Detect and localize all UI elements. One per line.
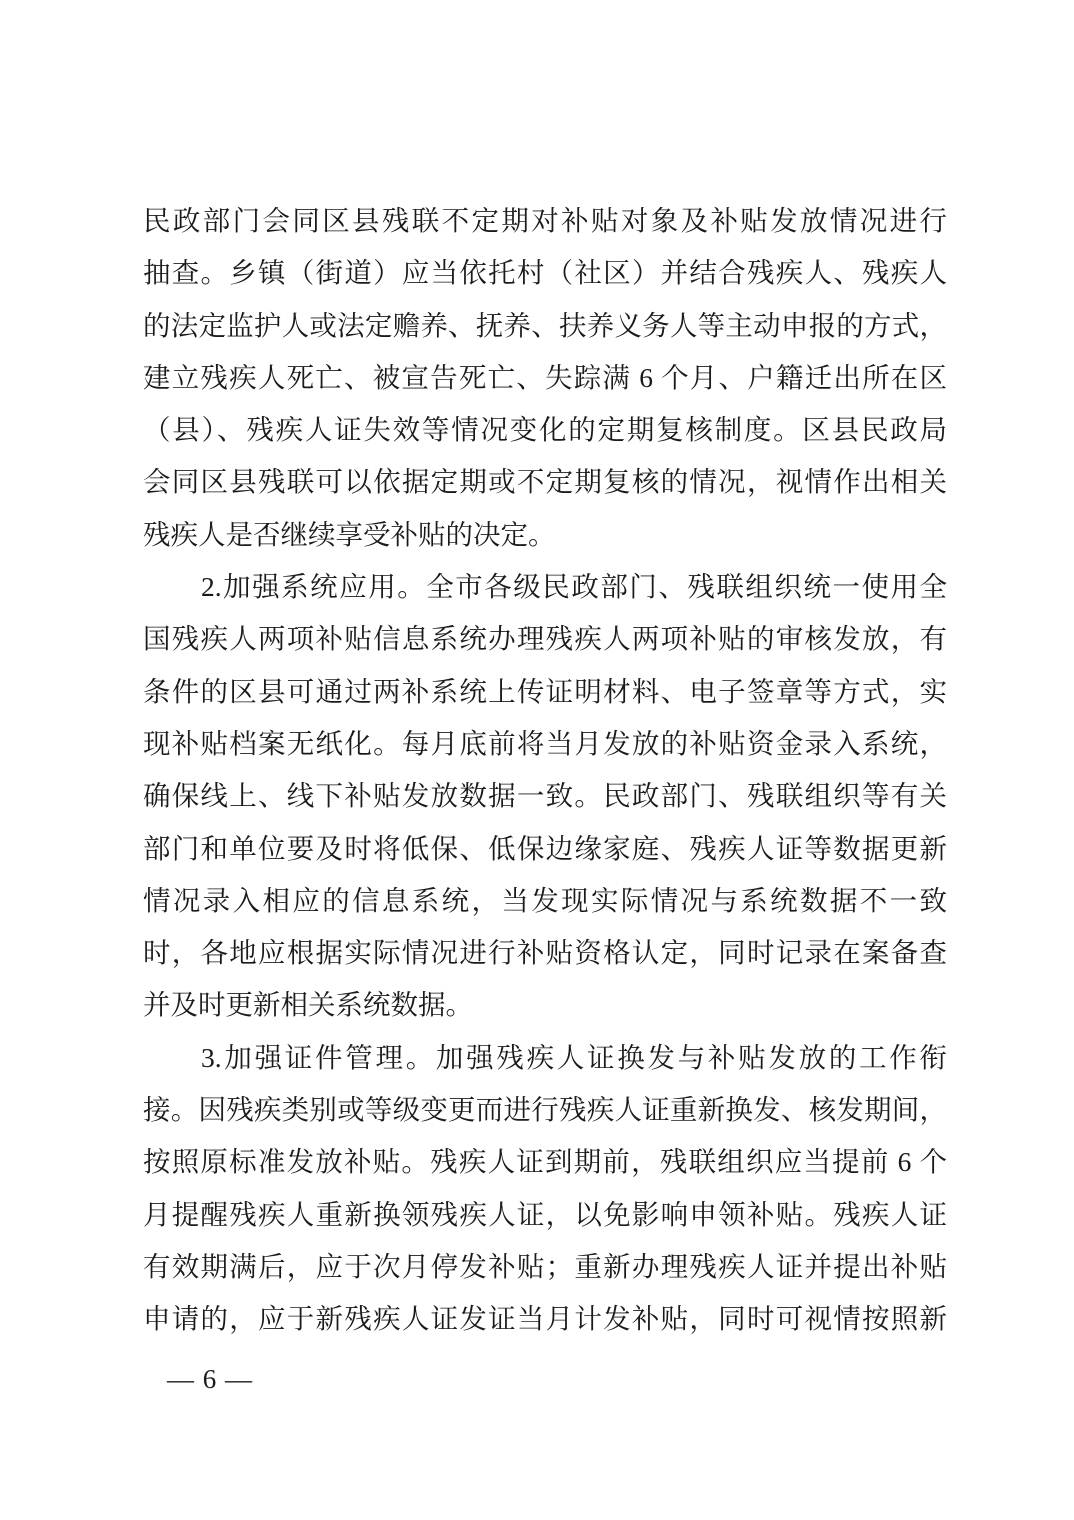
text-line: 的法定监护人或法定赡养、抚养、扶养义务人等主动申报的方式，	[143, 300, 947, 352]
text-line: 按照原标准发放补贴。残疾人证到期前，残联组织应当提前 6 个	[143, 1136, 947, 1188]
text-line: 接。因残疾类别或等级变更而进行残疾人证重新换发、核发期间，	[143, 1084, 947, 1136]
text-line: 情况录入相应的信息系统，当发现实际情况与系统数据不一致	[143, 875, 947, 927]
paragraph: 2.加强系统应用。全市各级民政部门、残联组织统一使用全 国残疾人两项补贴信息系统…	[143, 561, 947, 1032]
text-line: 现补贴档案无纸化。每月底前将当月发放的补贴资金录入系统，	[143, 718, 947, 770]
page-number: — 6 —	[167, 1362, 253, 1396]
document-page: 民政部门会同区县残联不定期对补贴对象及补贴发放情况进行 抽查。乡镇（街道）应当依…	[0, 0, 1074, 1520]
text-line: 时，各地应根据实际情况进行补贴资格认定，同时记录在案备查	[143, 927, 947, 979]
text-line: 会同区县残联可以依据定期或不定期复核的情况，视情作出相关	[143, 456, 947, 508]
text-line: 并及时更新相关系统数据。	[143, 979, 947, 1031]
text-line: 有效期满后，应于次月停发补贴；重新办理残疾人证并提出补贴	[143, 1241, 947, 1293]
text-line: 抽查。乡镇（街道）应当依托村（社区）并结合残疾人、残疾人	[143, 247, 947, 299]
text-line: 部门和单位要及时将低保、低保边缘家庭、残疾人证等数据更新	[143, 823, 947, 875]
text-line: 3.加强证件管理。加强残疾人证换发与补贴发放的工作衔	[143, 1032, 947, 1084]
text-line: 2.加强系统应用。全市各级民政部门、残联组织统一使用全	[143, 561, 947, 613]
text-line: 民政部门会同区县残联不定期对补贴对象及补贴发放情况进行	[143, 195, 947, 247]
text-line: 建立残疾人死亡、被宣告死亡、失踪满 6 个月、户籍迁出所在区	[143, 352, 947, 404]
paragraph: 3.加强证件管理。加强残疾人证换发与补贴发放的工作衔 接。因残疾类别或等级变更而…	[143, 1032, 947, 1346]
paragraph: 民政部门会同区县残联不定期对补贴对象及补贴发放情况进行 抽查。乡镇（街道）应当依…	[143, 195, 947, 561]
text-line: 确保线上、线下补贴发放数据一致。民政部门、残联组织等有关	[143, 770, 947, 822]
text-line: （县）、残疾人证失效等情况变化的定期复核制度。区县民政局	[143, 404, 947, 456]
text-line: 条件的区县可通过两补系统上传证明材料、电子签章等方式，实	[143, 666, 947, 718]
text-line: 月提醒残疾人重新换领残疾人证，以免影响申领补贴。残疾人证	[143, 1189, 947, 1241]
text-line: 国残疾人两项补贴信息系统办理残疾人两项补贴的审核发放，有	[143, 613, 947, 665]
text-line: 申请的，应于新残疾人证发证当月计发补贴，同时可视情按照新	[143, 1293, 947, 1345]
document-body: 民政部门会同区县残联不定期对补贴对象及补贴发放情况进行 抽查。乡镇（街道）应当依…	[143, 195, 947, 1346]
text-line: 残疾人是否继续享受补贴的决定。	[143, 509, 947, 561]
